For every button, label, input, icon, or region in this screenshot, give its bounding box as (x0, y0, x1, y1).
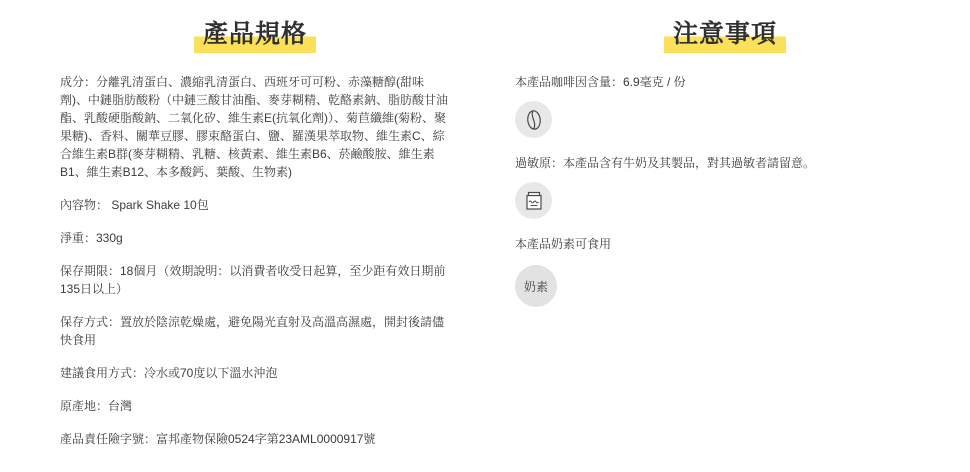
allergen-note: 過敏原：本產品含有牛奶及其製品，對其過敏者請留意。 (515, 154, 935, 172)
coffee-bean-icon (515, 101, 552, 138)
spec-net-weight: 淨重：330g (60, 229, 450, 247)
lacto-vegetarian-badge-label: 奶素 (524, 278, 548, 295)
spec-contents: 內容物： Spark Shake 10包 (60, 196, 450, 214)
notes-title-highlight: 注意事項 (664, 14, 786, 53)
vegetarian-note: 本產品奶素可食用 (515, 235, 935, 253)
notes-section: 注意事項 本產品咖啡因含量：6.9毫克 / 份 過敏原：本產品含有牛奶及其製品，… (515, 14, 935, 307)
spec-storage: 保存方式：置放於陰涼乾燥處，避免陽光直射及高溫高濕處，開封後請儘快食用 (60, 313, 450, 349)
caffeine-note: 本產品咖啡因含量：6.9毫克 / 份 (515, 73, 935, 91)
spec-ingredients: 成分：分離乳清蛋白、濃縮乳清蛋白、西班牙可可粉、赤藻糖醇(甜味劑)、中鏈脂肪酸粉… (60, 73, 450, 181)
spec-liability-insurance: 產品責任險字號：富邦產物保險0524字第23AML0000917號 (60, 430, 450, 448)
spec-serving-suggestion: 建議食用方式：冷水或70度以下溫水沖泡 (60, 364, 450, 382)
lacto-vegetarian-badge: 奶素 (515, 265, 557, 307)
notes-title: 注意事項 (515, 14, 935, 53)
specs-title: 產品規格 (60, 14, 450, 53)
product-specs-section: 產品規格 成分：分離乳清蛋白、濃縮乳清蛋白、西班牙可可粉、赤藻糖醇(甜味劑)、中… (60, 14, 450, 463)
specs-title-highlight: 產品規格 (194, 14, 316, 53)
spec-origin: 原產地：台灣 (60, 397, 450, 415)
milk-carton-icon (515, 182, 552, 219)
spec-shelf-life: 保存期限：18個月（效期說明：以消費者收受日起算，至少距有效日期前135日以上） (60, 262, 450, 298)
